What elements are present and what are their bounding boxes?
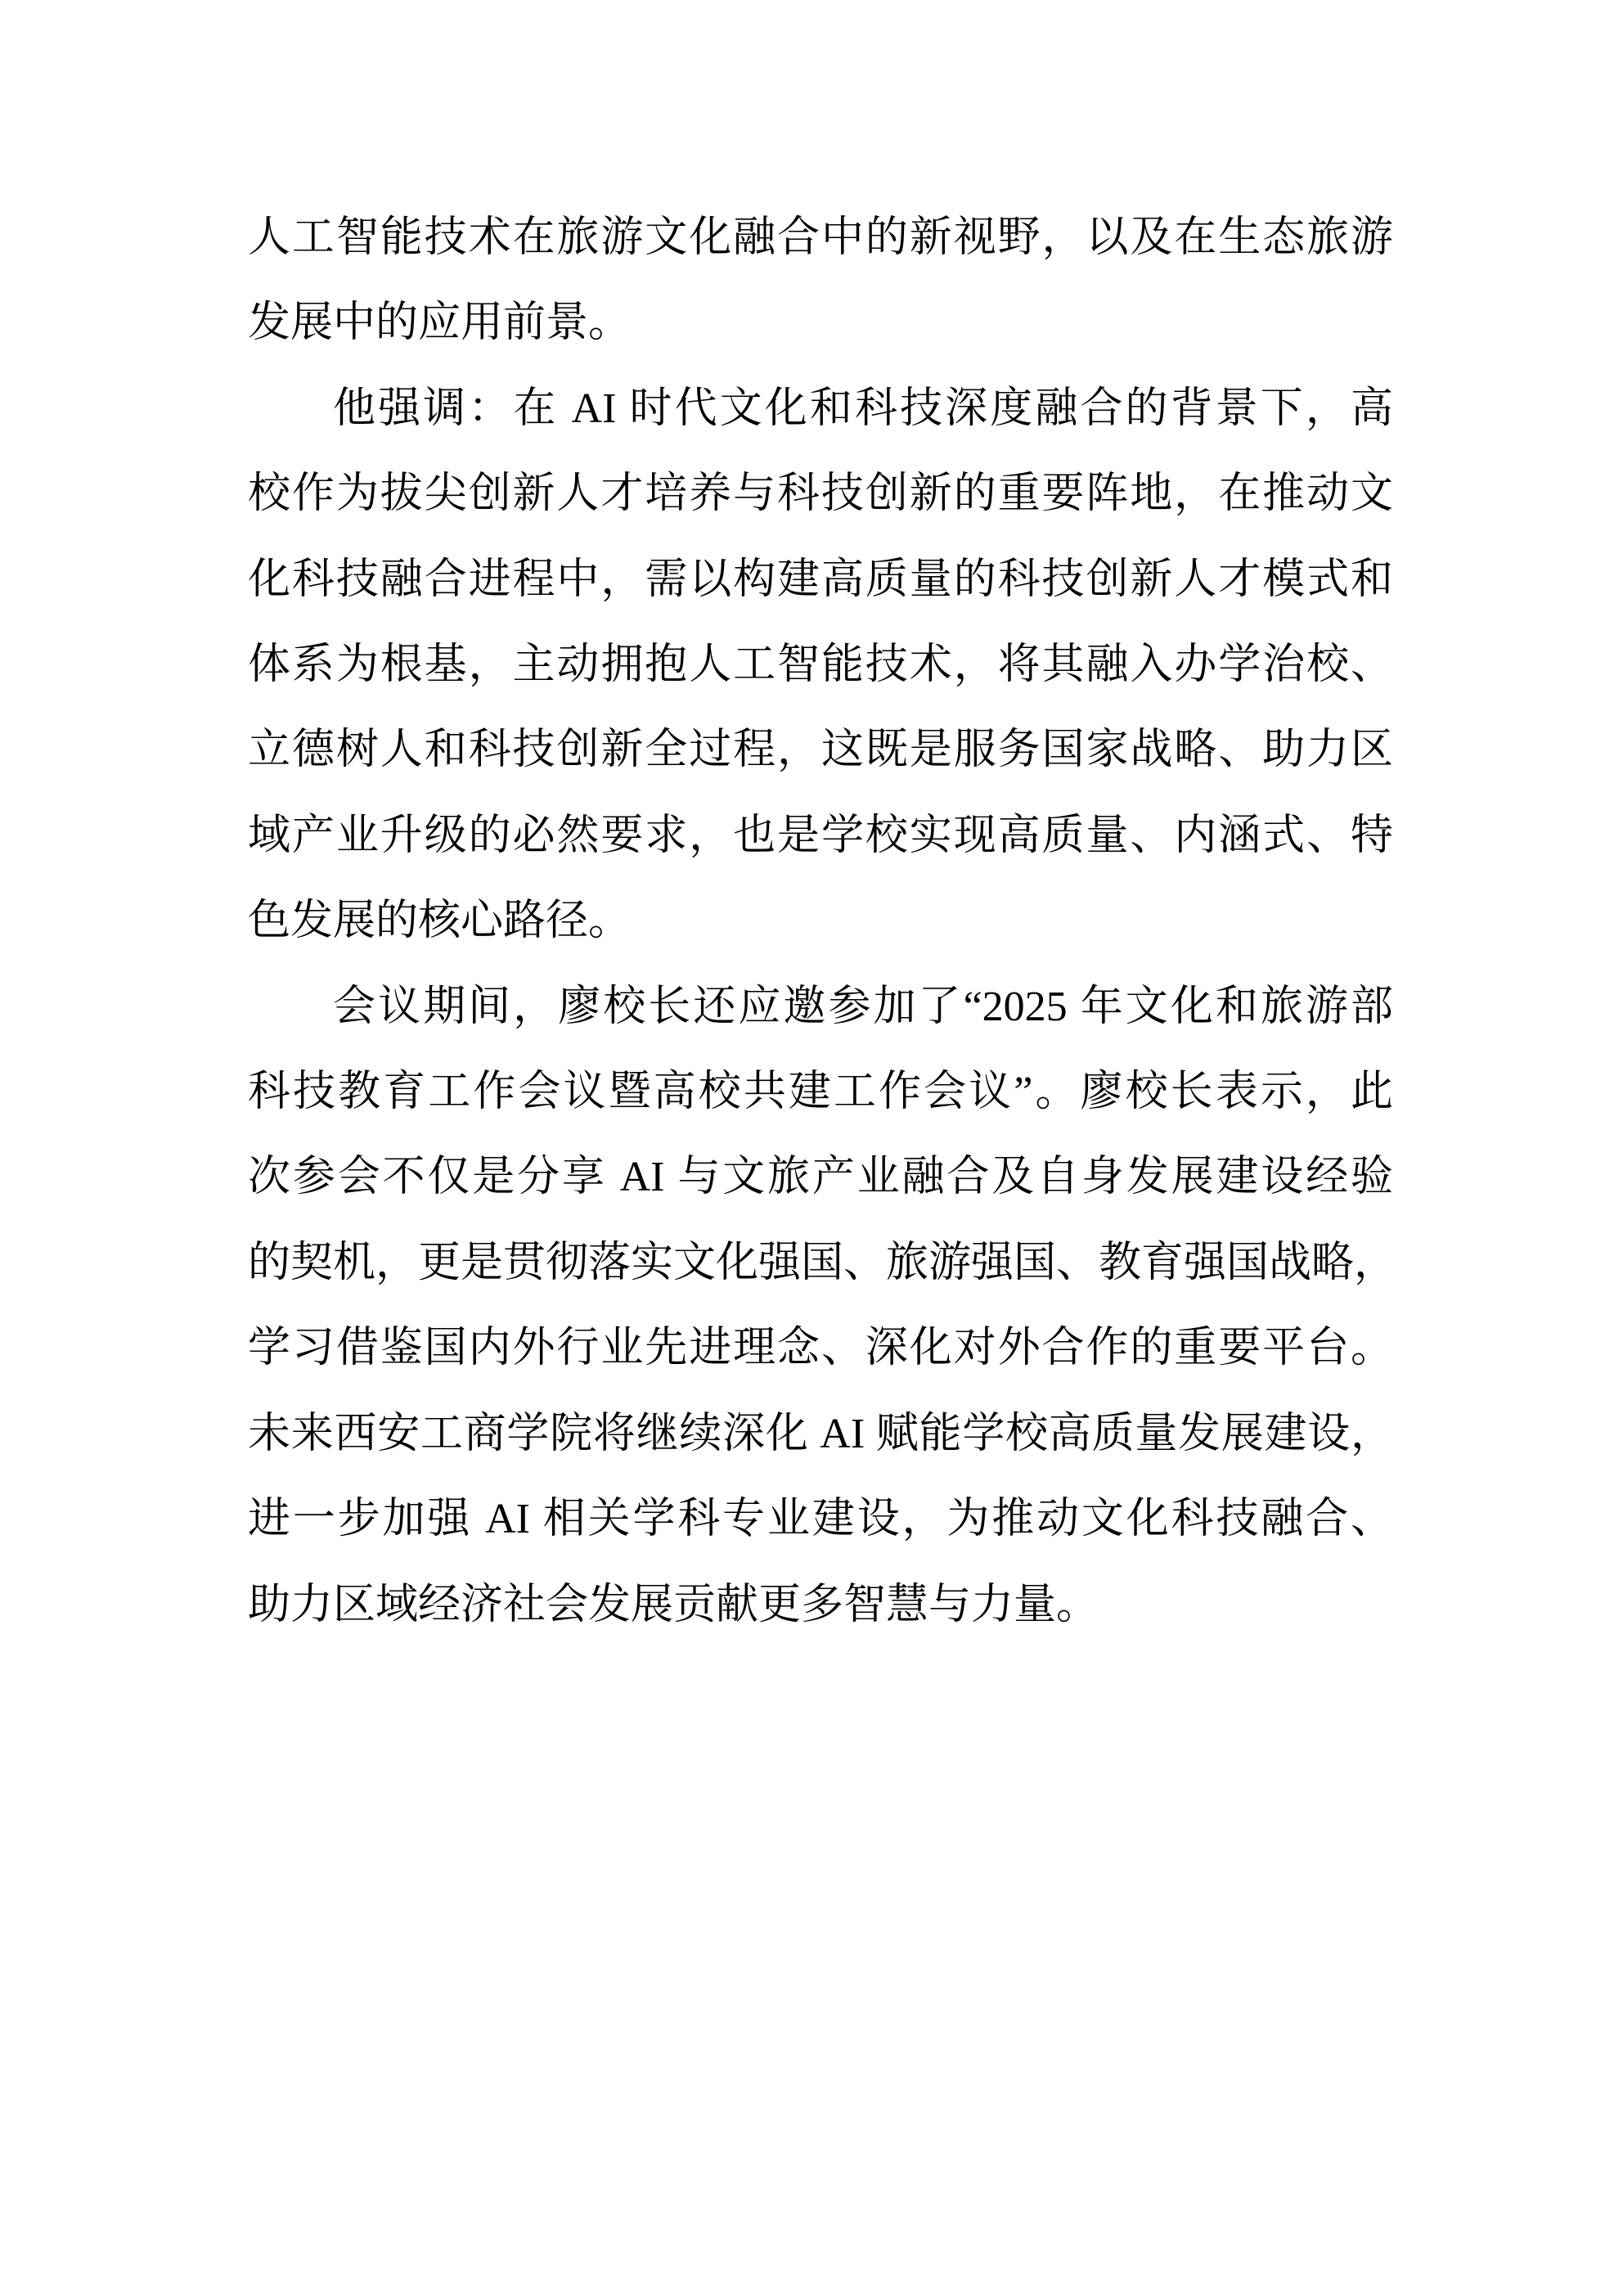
text-line: 的契机，更是贯彻落实文化强国、旅游强国、教育强国战略，: [248, 1221, 1393, 1306]
text-line: 进一步加强 AI 相关学科专业建设，为推动文化科技融合、: [248, 1477, 1393, 1562]
text-line: 科技教育工作会议暨高校共建工作会议”。廖校长表示，此: [248, 1050, 1393, 1135]
text-line: 立德树人和科技创新全过程，这既是服务国家战略、助力区: [248, 708, 1393, 793]
paragraph: 人工智能技术在旅游文化融合中的新视野，以及在生态旅游 发展中的应用前景。: [248, 196, 1393, 367]
text-line: 学习借鉴国内外行业先进理念、深化对外合作的重要平台。: [248, 1306, 1393, 1391]
text-line: 发展中的应用前景。: [248, 281, 1393, 366]
text-line: 色发展的核心路径。: [248, 879, 1393, 964]
text-line: 校作为拔尖创新人才培养与科技创新的重要阵地，在推动文: [248, 452, 1393, 537]
document-body-text: 人工智能技术在旅游文化融合中的新视野，以及在生态旅游 发展中的应用前景。 他强调…: [248, 196, 1393, 1648]
text-line: 未来西安工商学院将继续深化 AI 赋能学校高质量发展建设，: [248, 1392, 1393, 1477]
text-line: 会议期间，廖校长还应邀参加了“2025 年文化和旅游部: [248, 965, 1393, 1050]
text-line: 化科技融合进程中，需以构建高质量的科技创新人才模式和: [248, 538, 1393, 623]
text-line: 域产业升级的必然要求，也是学校实现高质量、内涵式、特: [248, 794, 1393, 879]
text-line: 他强调：在 AI 时代文化和科技深度融合的背景下，高: [248, 367, 1393, 452]
document-page: { "page": { "background_color": "#ffffff…: [0, 0, 1623, 2296]
page-background: 人工智能技术在旅游文化融合中的新视野，以及在生态旅游 发展中的应用前景。 他强调…: [0, 0, 1623, 2296]
paragraph: 会议期间，廖校长还应邀参加了“2025 年文化和旅游部 科技教育工作会议暨高校共…: [248, 965, 1393, 1648]
text-line: 助力区域经济社会发展贡献更多智慧与力量。: [248, 1563, 1393, 1648]
paragraph: 他强调：在 AI 时代文化和科技深度融合的背景下，高 校作为拔尖创新人才培养与科…: [248, 367, 1393, 965]
text-line: 体系为根基，主动拥抱人工智能技术，将其融入办学治校、: [248, 623, 1393, 708]
text-line: 人工智能技术在旅游文化融合中的新视野，以及在生态旅游: [248, 196, 1393, 281]
text-line: 次参会不仅是分享 AI 与文旅产业融合及自身发展建设经验: [248, 1135, 1393, 1220]
